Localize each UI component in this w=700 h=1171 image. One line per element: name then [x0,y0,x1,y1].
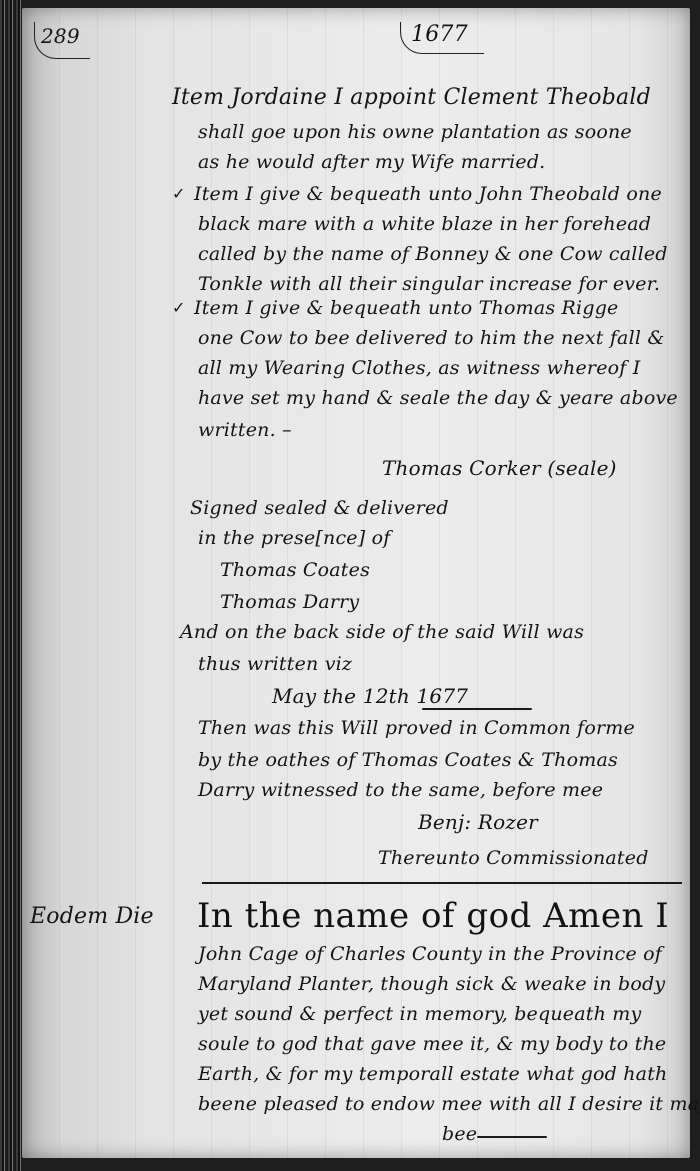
text-line: as he would after my Wife married. [198,150,545,174]
witness-name: Thomas Darry [220,590,359,614]
will-heading: In the name of god Amen I [197,896,669,936]
text-line: one Cow to bee delivered to him the next… [198,326,665,350]
text-line: in the prese[nce] of [198,526,390,550]
text-line: John Cage of Charles County in the Provi… [198,942,662,966]
book-binding-edge [0,0,22,1171]
text-line: written. – [198,418,292,442]
manuscript-scan: 289 1677 Item Jordaine I appoint Clement… [0,0,700,1171]
text-line: black mare with a white blaze in her for… [198,212,651,236]
text-line: thus written viz [198,652,352,676]
text-line: soule to god that gave mee it, & my body… [198,1032,666,1056]
check-mark-icon: ✓ [172,184,186,203]
text-line: And on the back side of the said Will wa… [180,620,584,644]
witness-name: Thomas Coates [220,558,370,582]
text-line: bee [442,1122,477,1146]
closing-flourish [477,1136,547,1138]
text-line: called by the name of Bonney & one Cow c… [198,242,668,266]
manuscript-page: 289 1677 Item Jordaine I appoint Clement… [22,8,690,1158]
commissioner-signature: Benj: Rozer [418,810,538,834]
section-divider [202,882,682,884]
year-header: 1677 [400,22,484,54]
text-line: Signed sealed & delivered [190,496,449,520]
text-line: have set my hand & seale the day & yeare… [198,386,678,410]
text-line: Then was this Will proved in Common form… [198,716,635,740]
margin-note: Eodem Die [30,904,154,929]
text-line: Darry witnessed to the same, before mee [198,778,603,802]
text-line: by the oathes of Thomas Coates & Thomas [198,748,618,772]
text-line: Earth, & for my temporall estate what go… [198,1062,668,1086]
text-line: beene pleased to endow mee with all I de… [198,1092,700,1116]
date-underline [422,708,532,710]
text-line: yet sound & perfect in memory, bequeath … [198,1002,641,1026]
probate-date: May the 12th 1677 [272,684,468,708]
text-line: Item I give & bequeath unto John Theobal… [194,182,662,206]
testator-signature: Thomas Corker (seale) [382,456,617,480]
text-line: Item Jordaine I appoint Clement Theobald [172,86,651,110]
text-line: shall goe upon his owne plantation as so… [198,120,632,144]
text-line: all my Wearing Clothes, as witness where… [198,356,640,380]
check-mark-icon: ✓ [172,298,186,317]
text-line: Tonkle with all their singular increase … [198,272,660,296]
text-line: Item I give & bequeath unto Thomas Rigge [194,296,619,320]
folio-number: 289 [34,22,90,59]
commissioner-title: Thereunto Commissionated [378,846,649,870]
text-line: Maryland Planter, though sick & weake in… [198,972,665,996]
